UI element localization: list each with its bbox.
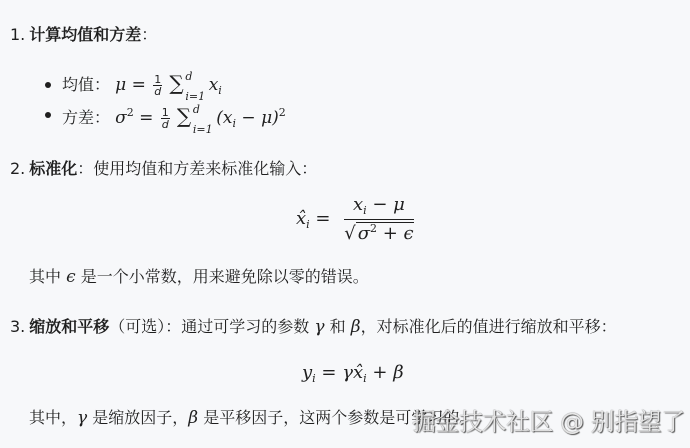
x-hat: x̂ <box>353 362 363 383</box>
step-suffix: ，对标准化后的值进行缩放和平移： <box>361 317 617 336</box>
summation: ∑di=1 <box>177 105 191 127</box>
sigma: ∑ <box>177 104 191 128</box>
epsilon-symbol: ϵ <box>66 267 76 287</box>
sigma-symbol: σ <box>115 108 127 128</box>
note-text: 其中 <box>29 267 66 286</box>
sqrt-icon: √ <box>344 223 355 244</box>
note-text: 其中， <box>29 408 77 427</box>
superscript: 2 <box>370 222 377 235</box>
plus-beta: + β <box>367 362 404 383</box>
subscript: i <box>218 84 222 97</box>
step-title: 计算均值和方差 <box>29 25 141 44</box>
mean-label: 均值： <box>62 75 110 94</box>
x-symbol: (x <box>216 108 232 128</box>
step-suffix: ： <box>141 25 157 44</box>
step-1-heading: 1.计算均值和方差： <box>10 24 157 46</box>
upper-limit: d <box>185 66 192 88</box>
x-hat: x̂ <box>296 208 306 229</box>
minus-mu: − μ) <box>236 108 279 128</box>
mu-symbol: μ <box>115 75 126 95</box>
step-number: 3. <box>10 317 25 336</box>
equals: = <box>310 208 337 229</box>
denominator: d <box>153 86 162 97</box>
watermark: 掘金技术社区 @ 别指望了 <box>412 402 685 437</box>
sigma: ∑ <box>169 71 183 95</box>
fraction: 1d <box>161 107 170 130</box>
step-2-heading: 2.标准化：使用均值和方差来标准化输入： <box>10 158 317 180</box>
gamma-symbol: γ <box>77 408 87 428</box>
upper-limit: d <box>193 99 200 121</box>
denominator: √σ2 + ϵ <box>344 220 413 244</box>
summation: ∑di=1 <box>169 72 183 94</box>
normalization-formula: x̂i = xi − μ √σ2 + ϵ <box>296 194 414 244</box>
sigma-symbol: σ <box>358 223 370 244</box>
gamma-symbol: γ <box>314 317 324 337</box>
scale-shift-formula: yi = γx̂i + β <box>302 362 404 385</box>
note-text: 是一个小常数，用来避免除以零的错误。 <box>76 267 369 286</box>
denominator: d <box>161 119 170 130</box>
lower-limit: i=1 <box>193 119 213 141</box>
fraction: xi − μ √σ2 + ϵ <box>344 194 413 244</box>
plus-epsilon: + ϵ <box>377 223 414 244</box>
equals: = <box>134 108 159 128</box>
and-text: 和 <box>325 317 351 336</box>
numerator: xi − μ <box>344 194 413 220</box>
step-number: 1. <box>10 25 25 44</box>
x-symbol: x <box>209 75 219 95</box>
minus-mu: − μ <box>367 194 405 215</box>
step-title: 缩放和平移 <box>29 317 109 336</box>
step-3-heading: 3.缩放和平移（可选）：通过可学习的参数 γ 和 β，对标准化后的值进行缩放和平… <box>10 316 617 338</box>
variance-label: 方差： <box>62 108 110 127</box>
beta-symbol: β <box>188 408 198 428</box>
superscript: 2 <box>127 106 134 119</box>
gamma-symbol: = γ <box>316 362 353 383</box>
bullet-icon <box>45 112 51 118</box>
beta-symbol: β <box>351 317 361 337</box>
epsilon-note: 其中 ϵ 是一个小常数，用来避免除以零的错误。 <box>29 266 369 288</box>
step-number: 2. <box>10 159 25 178</box>
superscript: 2 <box>279 106 286 119</box>
bullet-icon <box>45 82 51 88</box>
x-symbol: x <box>353 194 363 215</box>
step-suffix: （可选）：通过可学习的参数 <box>109 317 314 336</box>
equals: = <box>126 75 151 95</box>
gamma-beta-note: 其中，γ 是缩放因子，β 是平移因子，这两个参数是可学习的。 <box>29 407 475 429</box>
step-title: 标准化 <box>29 159 77 178</box>
radicand: σ2 + ϵ <box>356 222 414 244</box>
note-text: 是缩放因子， <box>87 408 188 427</box>
mean-formula: 均值： μ = 1d ∑di=1 xi <box>62 72 222 102</box>
variance-formula: 方差： σ2 = 1d ∑di=1 (xi − μ)2 <box>62 102 286 135</box>
fraction: 1d <box>153 74 162 97</box>
step-suffix: ：使用均值和方差来标准化输入： <box>77 159 317 178</box>
y-symbol: y <box>302 362 312 383</box>
